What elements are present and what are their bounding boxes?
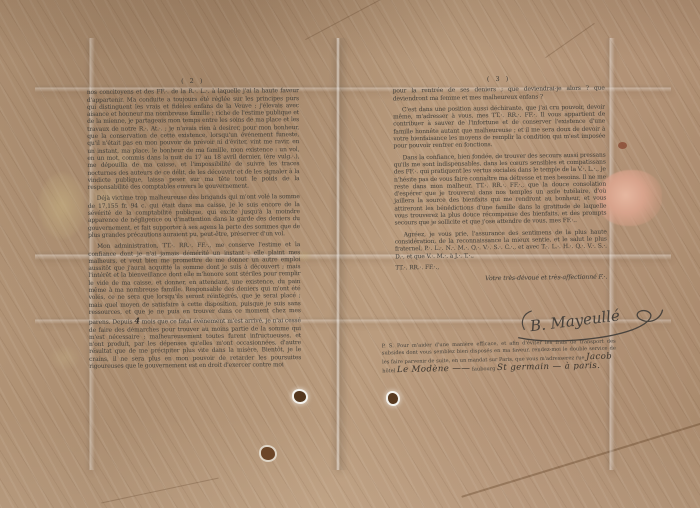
paragraph-administration: Mon administration, TT.·. RR.·. FF.·., m… xyxy=(88,242,301,371)
postscript-faubourg-label: faubourg xyxy=(470,366,497,373)
page-number-right: ( 3 ) xyxy=(393,75,605,85)
paragraph-agreez: Agréez, je vous prie, l'assurance des se… xyxy=(395,229,607,261)
worm-hole xyxy=(294,391,306,402)
signature-name: B. Mayeullé xyxy=(528,306,621,335)
worm-hole xyxy=(261,447,275,460)
handwritten-suburb: St germain — à paris. xyxy=(497,361,600,373)
page-3-text-column: ( 3 ) pour la rentrée de ses deniers ; q… xyxy=(393,75,608,288)
paragraph-rentree: pour la rentrée de ses deniers ; que dev… xyxy=(393,86,605,104)
paragraph-confiance: Dans la confiance, bien fondée, de trouv… xyxy=(394,152,607,228)
closing-salutation: TT.·. RR.·. FF.·., xyxy=(395,262,607,272)
handwritten-hotel-name: Le Modène —— xyxy=(397,364,471,376)
wax-seal-drop xyxy=(618,142,627,149)
paragraph-brigands: Déjà victime trop malheureuse des brigan… xyxy=(88,195,300,241)
paragraph-continuation: nos concitoyens et des FF.·. de la R.·. … xyxy=(87,88,300,192)
postscript-block: P. S. Pour m'aider d'une manière efficac… xyxy=(382,339,617,376)
worm-hole xyxy=(388,393,398,404)
page-number-left: ( 2 ) xyxy=(87,77,299,86)
page-2-text-column: ( 2 ) nos concitoyens et des FF.·. de la… xyxy=(87,77,302,375)
paragraph-administration-printed-b: mois que ce fatal événement m'est arrivé… xyxy=(89,318,301,370)
valediction-line: Votre très-dévoué et très-affectionné F.… xyxy=(395,274,607,284)
paragraph-administration-printed-a: Mon administration, TT.·. RR.·. FF.·., m… xyxy=(88,242,301,326)
postscript-hotel-label: hôtel xyxy=(382,369,397,375)
paragraph-position: C'est dans une position aussi déchirante… xyxy=(393,104,606,151)
